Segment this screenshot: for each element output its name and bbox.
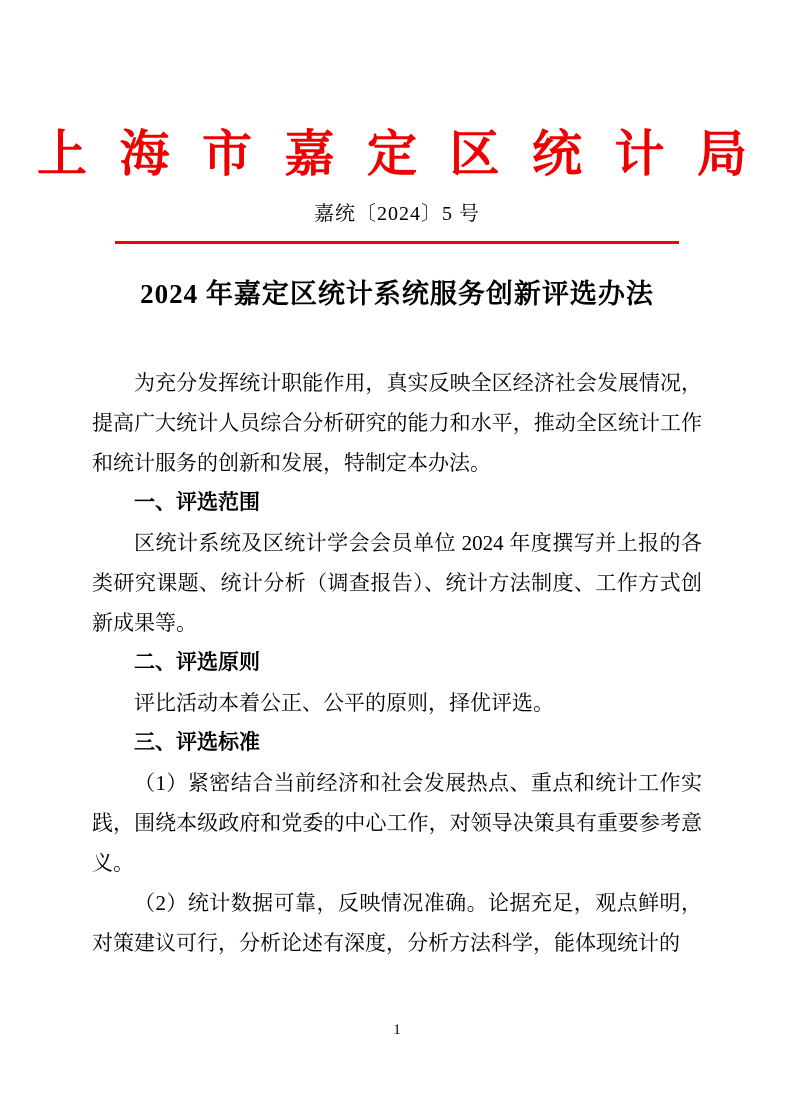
document-title: 2024 年嘉定区统计系统服务创新评选办法 bbox=[0, 278, 794, 312]
para-criteria-1: （1）紧密结合当前经济和社会发展热点、重点和统计工作实践，围绕本级政府和党委的中… bbox=[92, 763, 702, 883]
heading-section-3: 三、评选标准 bbox=[92, 723, 702, 763]
red-divider-rule bbox=[115, 241, 679, 244]
document-number: 嘉统〔2024〕5 号 bbox=[0, 200, 794, 228]
agency-title: 上 海 市 嘉 定 区 统 计 局 bbox=[0, 126, 794, 184]
para-criteria-2: （2）统计数据可靠，反映情况准确。论据充足，观点鲜明，对策建议可行，分析论述有深… bbox=[92, 883, 702, 963]
heading-section-2: 二、评选原则 bbox=[92, 643, 702, 683]
document-body: 为充分发挥统计职能作用，真实反映全区经济社会发展情况，提高广大统计人员综合分析研… bbox=[92, 363, 702, 963]
para-intro: 为充分发挥统计职能作用，真实反映全区经济社会发展情况，提高广大统计人员综合分析研… bbox=[92, 363, 702, 483]
page-number: 1 bbox=[0, 1022, 794, 1039]
para-principle: 评比活动本着公正、公平的原则，择优评选。 bbox=[92, 683, 702, 723]
letterhead: 上 海 市 嘉 定 区 统 计 局 嘉统〔2024〕5 号 bbox=[0, 0, 794, 244]
heading-section-1: 一、评选范围 bbox=[92, 483, 702, 523]
document-page: 上 海 市 嘉 定 区 统 计 局 嘉统〔2024〕5 号 2024 年嘉定区统… bbox=[0, 0, 794, 1108]
para-scope: 区统计系统及区统计学会会员单位 2024 年度撰写并上报的各类研究课题、统计分析… bbox=[92, 523, 702, 643]
